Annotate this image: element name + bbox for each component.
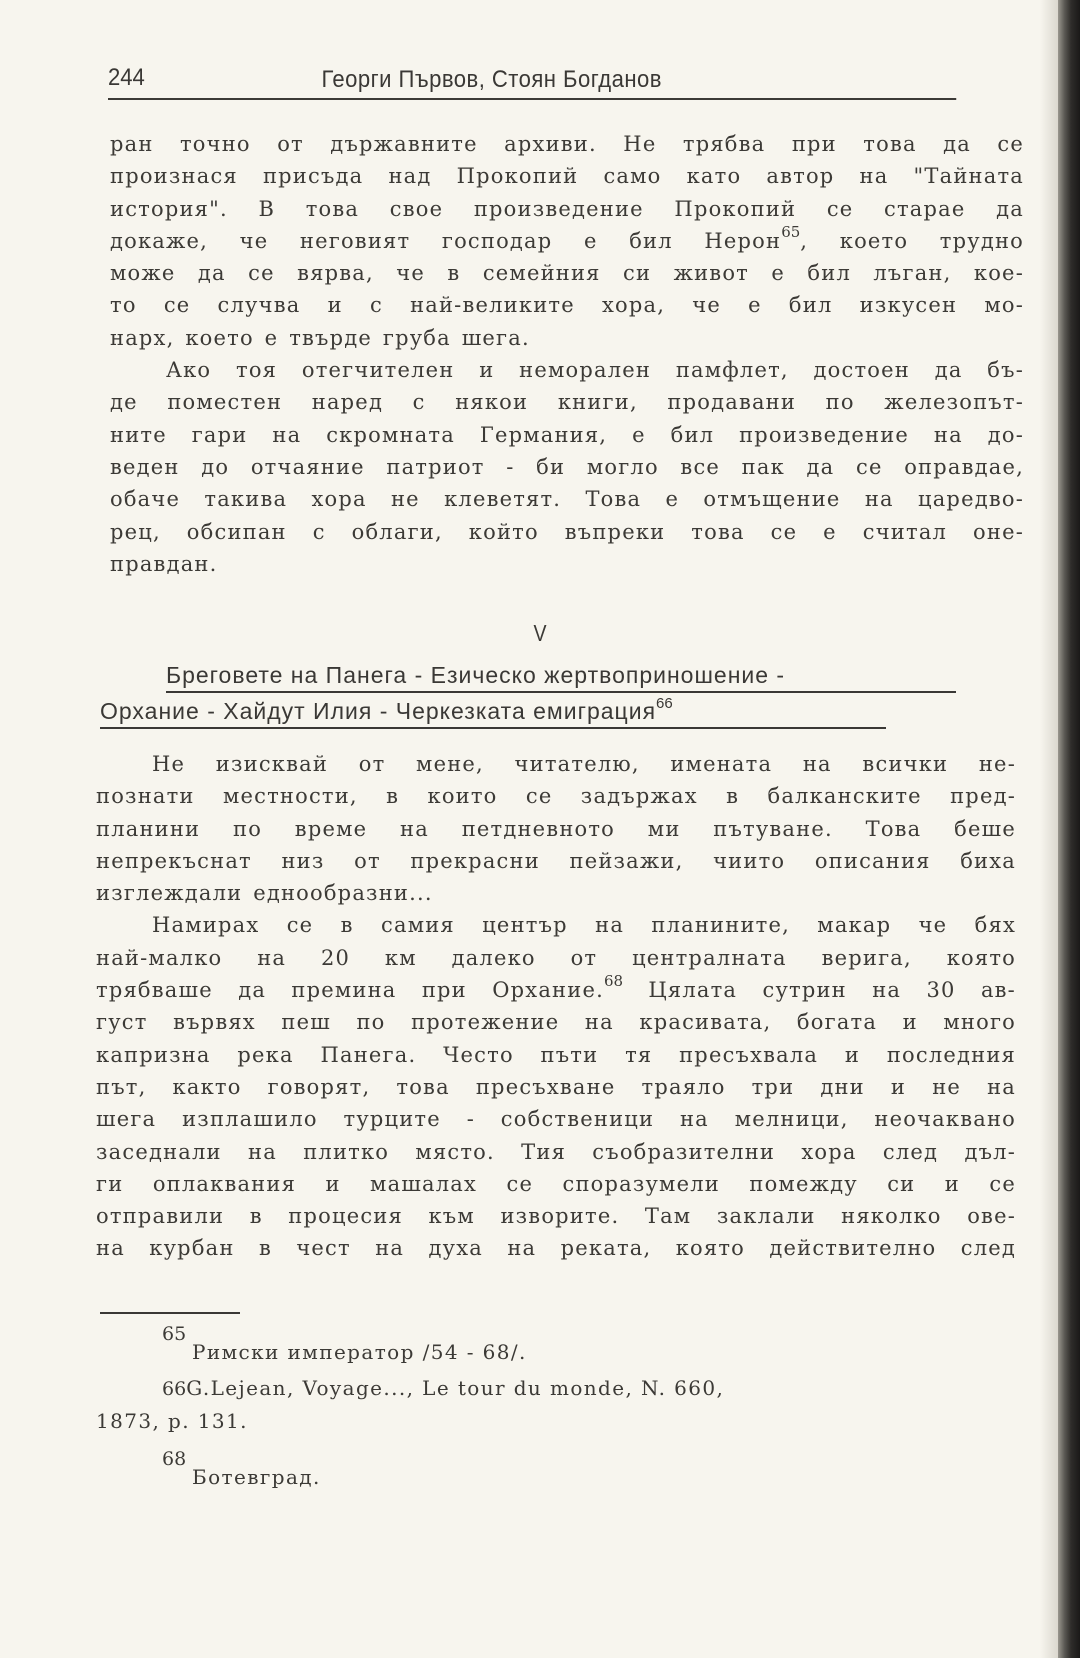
body-text-section-1: ран точно от държавните архиви. Не трябв… xyxy=(110,128,1024,580)
footnote-65: 65 Римски император /54 - 68/. xyxy=(96,1318,1016,1372)
chapter-title-line-2: Орхание - Хайдут Илия - Черкезката емигр… xyxy=(100,698,886,729)
text-line: история". В това свое произведение Проко… xyxy=(110,193,1024,225)
footnote-text: Ботевград. xyxy=(192,1461,321,1493)
text-line: ран точно от държавните архиви. Не трябв… xyxy=(110,128,1024,160)
footnote-66: 66G.Lejean, Voyage..., Le tour du monde,… xyxy=(96,1372,1016,1405)
page-gutter-shadow xyxy=(1040,0,1058,1658)
text-line: рец, обсипан с облаги, който въпреки тов… xyxy=(110,516,1024,548)
text-line: може да се вярва, че в семейния си живот… xyxy=(110,257,1024,289)
body-text-section-2: Не изисквай от мене, читателю, имената н… xyxy=(96,748,1016,1265)
footnote-text: Римски император /54 - 68/. xyxy=(192,1336,527,1368)
text-line: ните гари на скромната Германия, е бил п… xyxy=(110,419,1024,451)
footnote-ref-65[interactable]: 65 xyxy=(781,223,800,241)
text-line: нарх, което е твърде груба шега. xyxy=(110,322,1024,354)
text-line: познати местности, в които се задържах в… xyxy=(96,780,1016,812)
text-line: път, както говорят, това пресъхване трая… xyxy=(96,1071,1016,1103)
page-number: 244 xyxy=(108,64,145,92)
footnote-number: 66 xyxy=(162,1378,186,1400)
footnote-ref-66[interactable]: 66 xyxy=(656,695,673,712)
running-header: 244 Георги Първов, Стоян Богданов xyxy=(108,60,956,100)
footnote-divider xyxy=(100,1312,240,1314)
footnote-text: G.Lejean, Voyage..., Le tour du monde, N… xyxy=(186,1376,724,1400)
chapter-number: V xyxy=(81,620,999,647)
footnote-66-continuation: 1873, p. 131. xyxy=(96,1405,1016,1437)
text-line: ги оплаквания и машалах се споразумели п… xyxy=(96,1168,1016,1200)
text-line: правдан. xyxy=(110,548,1024,580)
text-line: шега изплашило турците - собственици на … xyxy=(96,1103,1016,1135)
footnote-number: 68 xyxy=(162,1443,186,1475)
paragraph: Не изисквай от мене, читателю, имената н… xyxy=(96,748,1016,909)
footnote-68: 68 Ботевград. xyxy=(96,1443,1016,1497)
paragraph: Намирах се в самия център на планините, … xyxy=(96,909,1016,1264)
text-line: отправили в процесия към изворите. Там з… xyxy=(96,1200,1016,1232)
text-line-with-footnote: докаже, че неговият господар е бил Нерон… xyxy=(110,225,1024,257)
text-line: най-малко на 20 км далеко от централната… xyxy=(96,942,1016,974)
paragraph: ран точно от държавните архиви. Не трябв… xyxy=(110,128,1024,354)
text-line: изглеждали еднообразни... xyxy=(96,877,1016,909)
text-line: капризна река Панега. Често пъти тя прес… xyxy=(96,1039,1016,1071)
text-line: произнася присъда над Прокопий само като… xyxy=(110,160,1024,192)
text-line: заседнали на плитко място. Тия съобразит… xyxy=(96,1136,1016,1168)
text-line: де поместен наред с някои книги, продава… xyxy=(110,386,1024,418)
text-line: то се случва и с най-великите хора, че е… xyxy=(110,289,1024,321)
text-line: на курбан в чест на духа на реката, коят… xyxy=(96,1232,1016,1264)
footnote-ref-68[interactable]: 68 xyxy=(604,972,623,990)
footnotes: 65 Римски император /54 - 68/. 66G.Lejea… xyxy=(96,1318,1016,1497)
text-line: Намирах се в самия център на планините, … xyxy=(96,909,1016,941)
text-line: густ вървях пеш по протежение на красива… xyxy=(96,1006,1016,1038)
book-spine-edge xyxy=(1058,0,1080,1658)
text-line: непрекъснат низ от прекрасни пейзажи, чи… xyxy=(96,845,1016,877)
text-line: обаче такива хора не клеветят. Това е от… xyxy=(110,483,1024,515)
chapter-title-line-1: Бреговете на Панега - Езическо жертвопри… xyxy=(166,662,956,693)
text-line: Ако тоя отегчителен и неморален памфлет,… xyxy=(110,354,1024,386)
paragraph: Ако тоя отегчителен и неморален памфлет,… xyxy=(110,354,1024,580)
text-line: Не изисквай от мене, читателю, имената н… xyxy=(96,748,1016,780)
text-line-with-footnote: трябваше да премина при Орхание.68 Цялат… xyxy=(96,974,1016,1006)
header-authors: Георги Първов, Стоян Богданов xyxy=(321,66,661,94)
text-line: планини по време на петдневното ми пътув… xyxy=(96,813,1016,845)
footnote-number: 65 xyxy=(162,1318,186,1350)
text-line: веден до отчаяние патриот - би могло все… xyxy=(110,451,1024,483)
